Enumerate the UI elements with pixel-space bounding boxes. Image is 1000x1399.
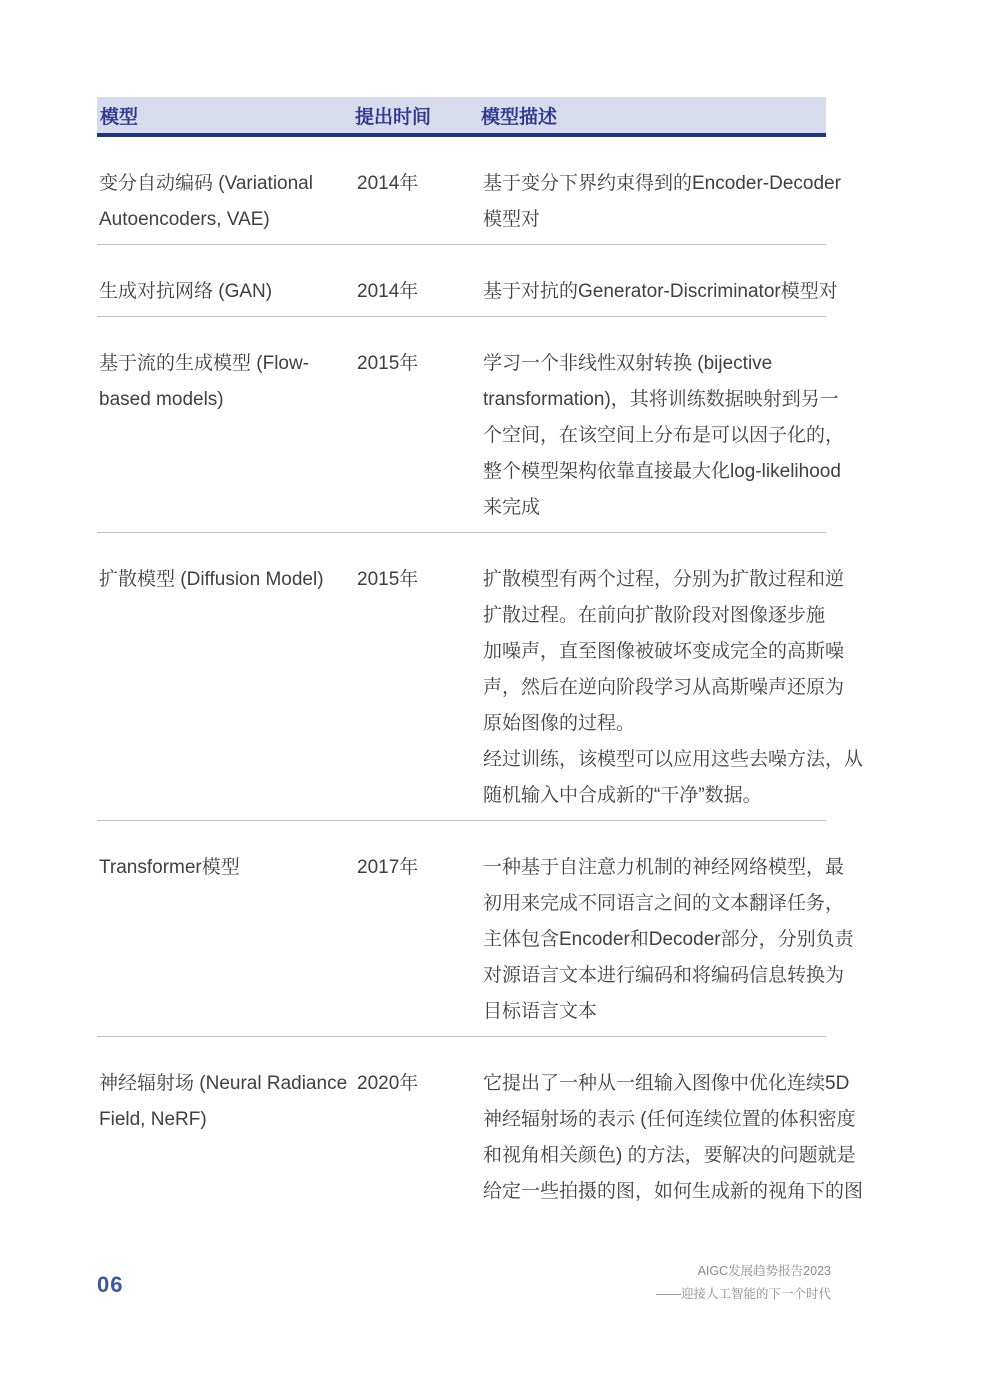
model-description-line: 个空间，在该空间上分布是可以因子化的，	[483, 418, 826, 454]
model-name-cell: 神经辐射场 (Neural RadianceField, NeRF)	[97, 1066, 355, 1210]
model-year: 2014年	[355, 166, 481, 238]
model-description-line: 扩散模型有两个过程，分别为扩散过程和逆	[483, 562, 826, 598]
footer-report-title: AIGC发展趋势报告2023	[97, 1260, 831, 1283]
table-body: 变分自动编码 (VariationalAutoencoders, VAE)201…	[97, 137, 826, 1216]
footer-report-title-block: AIGC发展趋势报告2023 ——迎接人工智能的下一个时代	[97, 1260, 831, 1306]
table-row: 扩散模型 (Diffusion Model)2015年扩散模型有两个过程，分别为…	[97, 533, 826, 821]
model-description-cell: 基于变分下界约束得到的Encoder-Decoder模型对	[481, 166, 826, 238]
model-description-line: 目标语言文本	[483, 994, 826, 1030]
model-description-line: 加噪声，直至图像被破坏变成完全的高斯噪	[483, 634, 826, 670]
model-name-line: 神经辐射场 (Neural Radiance	[99, 1066, 355, 1102]
model-description-line: 学习一个非线性双射转换 (bijective	[483, 346, 826, 382]
model-description-line: 它提出了一种从一组输入图像中优化连续5D	[483, 1066, 826, 1102]
model-description-line: 模型对	[483, 202, 826, 238]
table-row: 神经辐射场 (Neural RadianceField, NeRF)2020年它…	[97, 1037, 826, 1216]
footer-report-subtitle: ——迎接人工智能的下一个时代	[97, 1283, 831, 1306]
model-name-cell: 生成对抗网络 (GAN)	[97, 274, 355, 310]
model-year: 2015年	[355, 346, 481, 526]
column-header-year: 提出时间	[355, 102, 481, 129]
model-year: 2020年	[355, 1066, 481, 1210]
model-year: 2017年	[355, 850, 481, 1030]
model-description-cell: 基于对抗的Generator-Discriminator模型对	[481, 274, 826, 310]
page-footer: 06 AIGC发展趋势报告2023 ——迎接人工智能的下一个时代	[97, 1260, 831, 1306]
model-name-cell: 扩散模型 (Diffusion Model)	[97, 562, 355, 814]
model-description-line: 基于对抗的Generator-Discriminator模型对	[483, 274, 826, 310]
model-description-line: 整个模型架构依靠直接最大化log-likelihood	[483, 454, 826, 490]
model-description-line: 声，然后在逆向阶段学习从高斯噪声还原为	[483, 670, 826, 706]
model-name-line: 扩散模型 (Diffusion Model)	[99, 562, 355, 598]
model-description-line: 神经辐射场的表示 (任何连续位置的体积密度	[483, 1102, 826, 1138]
model-description-line: transformation)，其将训练数据映射到另一	[483, 382, 826, 418]
model-name-line: Autoencoders, VAE)	[99, 202, 355, 238]
model-name-cell: 变分自动编码 (VariationalAutoencoders, VAE)	[97, 166, 355, 238]
column-header-description: 模型描述	[481, 102, 826, 129]
model-name-line: 基于流的生成模型 (Flow-	[99, 346, 355, 382]
table-row: 变分自动编码 (VariationalAutoencoders, VAE)201…	[97, 137, 826, 245]
model-description-line: 基于变分下界约束得到的Encoder-Decoder	[483, 166, 826, 202]
model-year: 2015年	[355, 562, 481, 814]
model-description-cell: 学习一个非线性双射转换 (bijectivetransformation)，其将…	[481, 346, 826, 526]
models-table: 模型 提出时间 模型描述 变分自动编码 (VariationalAutoenco…	[97, 97, 826, 1216]
table-row: 生成对抗网络 (GAN)2014年基于对抗的Generator-Discrimi…	[97, 245, 826, 317]
model-name-line: Transformer模型	[99, 850, 355, 886]
model-name-line: based models)	[99, 382, 355, 418]
model-description-cell: 扩散模型有两个过程，分别为扩散过程和逆扩散过程。在前向扩散阶段对图像逐步施加噪声…	[481, 562, 826, 814]
model-description-line: 经过训练，该模型可以应用这些去噪方法，从	[483, 742, 826, 778]
model-description-line: 来完成	[483, 490, 826, 526]
model-description-line: 随机输入中合成新的“干净”数据。	[483, 778, 826, 814]
model-name-line: Field, NeRF)	[99, 1102, 355, 1138]
table-row: 基于流的生成模型 (Flow-based models)2015年学习一个非线性…	[97, 317, 826, 533]
model-description-line: 主体包含Encoder和Decoder部分，分别负责	[483, 922, 826, 958]
table-row: Transformer模型2017年一种基于自注意力机制的神经网络模型，最初用来…	[97, 821, 826, 1037]
model-description-line: 和视角相关颜色) 的方法，要解决的问题就是	[483, 1138, 826, 1174]
model-description-line: 初用来完成不同语言之间的文本翻译任务，	[483, 886, 826, 922]
model-description-line: 一种基于自注意力机制的神经网络模型，最	[483, 850, 826, 886]
model-name-line: 生成对抗网络 (GAN)	[99, 274, 355, 310]
model-description-line: 给定一些拍摄的图，如何生成新的视角下的图	[483, 1174, 826, 1210]
page-number: 06	[97, 1272, 123, 1298]
model-name-line: 变分自动编码 (Variational	[99, 166, 355, 202]
model-description-cell: 一种基于自注意力机制的神经网络模型，最初用来完成不同语言之间的文本翻译任务，主体…	[481, 850, 826, 1030]
column-header-model: 模型	[97, 102, 355, 129]
model-name-cell: Transformer模型	[97, 850, 355, 1030]
model-description-cell: 它提出了一种从一组输入图像中优化连续5D神经辐射场的表示 (任何连续位置的体积密…	[481, 1066, 826, 1210]
report-page: 模型 提出时间 模型描述 变分自动编码 (VariationalAutoenco…	[0, 0, 1000, 1399]
table-header-row: 模型 提出时间 模型描述	[97, 97, 826, 137]
model-description-line: 原始图像的过程。	[483, 706, 826, 742]
model-description-line: 扩散过程。在前向扩散阶段对图像逐步施	[483, 598, 826, 634]
model-description-line: 对源语言文本进行编码和将编码信息转换为	[483, 958, 826, 994]
model-name-cell: 基于流的生成模型 (Flow-based models)	[97, 346, 355, 526]
model-year: 2014年	[355, 274, 481, 310]
